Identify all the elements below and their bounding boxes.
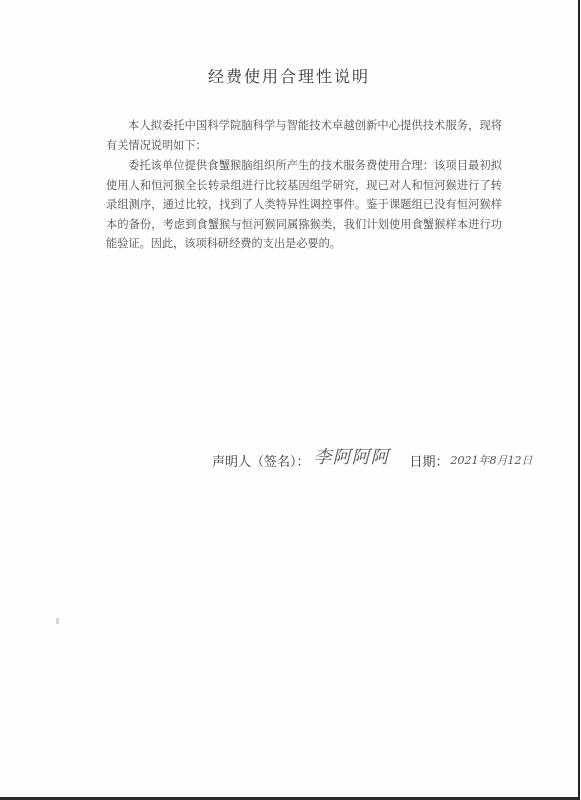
signature-row: 声明人（签名）： 李阿阿阿 日期： 2021年8月12日 — [212, 447, 533, 473]
document-page: 经费使用合理性说明 本人拟委托中国科学院脑科学与智能技术卓越创新中心提供技术服务… — [0, 0, 580, 800]
document-title: 经费使用合理性说明 — [0, 64, 578, 87]
intro-paragraph: 本人拟委托中国科学院脑科学与智能技术卓越创新中心提供技术服务，现将有关情况说明如… — [106, 116, 502, 155]
handwritten-date: 2021年8月12日 — [451, 452, 533, 468]
handwritten-signature: 李阿阿阿 — [314, 443, 390, 469]
scan-artifact — [56, 618, 59, 624]
justification-paragraph: 委托该单位提供食蟹猴脑组织所产生的技术服务费使用合理：该项目最初拟使用人和恒河猴… — [106, 156, 502, 254]
signature-label: 声明人（签名）： — [212, 451, 310, 470]
date-label: 日期： — [410, 451, 449, 470]
